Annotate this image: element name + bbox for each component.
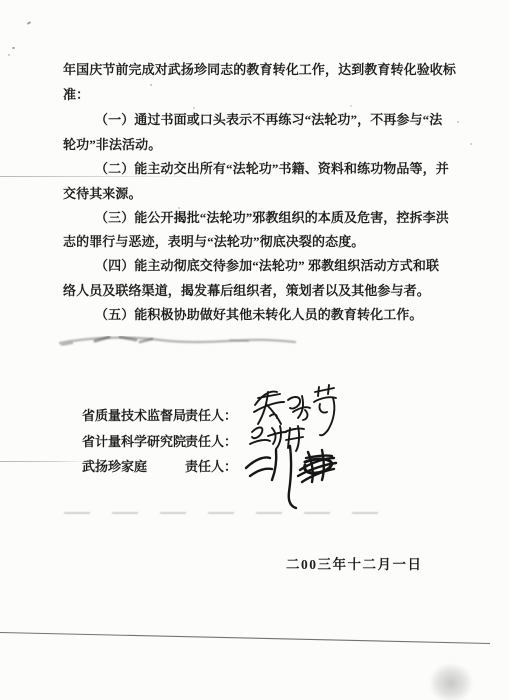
scan-artifacts [0,0,509,700]
date-line: 二00三年十二月一日 [286,553,423,573]
scan-speck [350,105,352,107]
handwritten-signatures [235,375,360,520]
body-line-7: 志的罪行与恶迹，表明与“法轮功”彻底决裂的态度。 [63,234,364,250]
scan-fold-line [0,461,90,462]
body-line-9: 络人员及联络渠道，揭发幕后组织者，策划者以及其他参与者。 [63,283,430,299]
responsible-label-1: 责任人： [185,405,237,424]
scan-speck [27,21,31,25]
scan-speck [12,47,15,49]
scan-speck [470,143,472,145]
scan-speck [193,107,195,109]
scan-speck [150,84,152,86]
scan-speck [8,54,10,56]
responsible-label-2: 责任人： [185,431,237,450]
scan-speck [178,207,180,209]
scan-smudge-blob [430,664,472,700]
body-line-10: （五）能积极协助做好其他未转化人员的教育转化工作。 [95,307,423,323]
signatory-org-1: 省质量技术监督局 [82,405,186,424]
signatory-org-2: 省计量科学研究院 [82,431,186,450]
scanned-document-page: 年国庆节前完成对武扬珍同志的教育转化工作，达到教育转化验收标 准： （一）通过书… [0,0,509,700]
signature-1-handwriting [254,385,336,435]
page-edge-line [0,633,490,644]
signature-2-handwriting [250,426,304,451]
body-line-6: （三）能公开揭批“法轮功”邪教组织的本质及危害，控拆李洪 [95,210,449,226]
signature-3-handwriting [246,446,336,508]
erased-handwriting-smudge [60,337,295,345]
body-line-8: （四）能主动彻底交待参加“法轮功” 邪教组织活动方式和联 [95,258,439,274]
body-line-4: （二）能主动交出所有“法轮功”书籍、资料和练功物品等，并 [95,161,449,177]
body-line-0: 年国庆节前完成对武扬珍同志的教育转化工作，达到教育转化验收标 [63,62,456,78]
body-line-2: （一）通过书面或口头表示不再练习“法轮功”，不再参与“法 [95,112,442,128]
signatory-org-3: 武扬珍家庭 [82,456,147,475]
body-line-5: 交待其来源。 [63,186,142,202]
body-line-1: 准： [63,87,89,103]
responsible-label-3: 责任人： [185,456,237,475]
scan-speck [457,121,459,123]
body-line-3: 轮功”非法活动。 [63,137,161,153]
